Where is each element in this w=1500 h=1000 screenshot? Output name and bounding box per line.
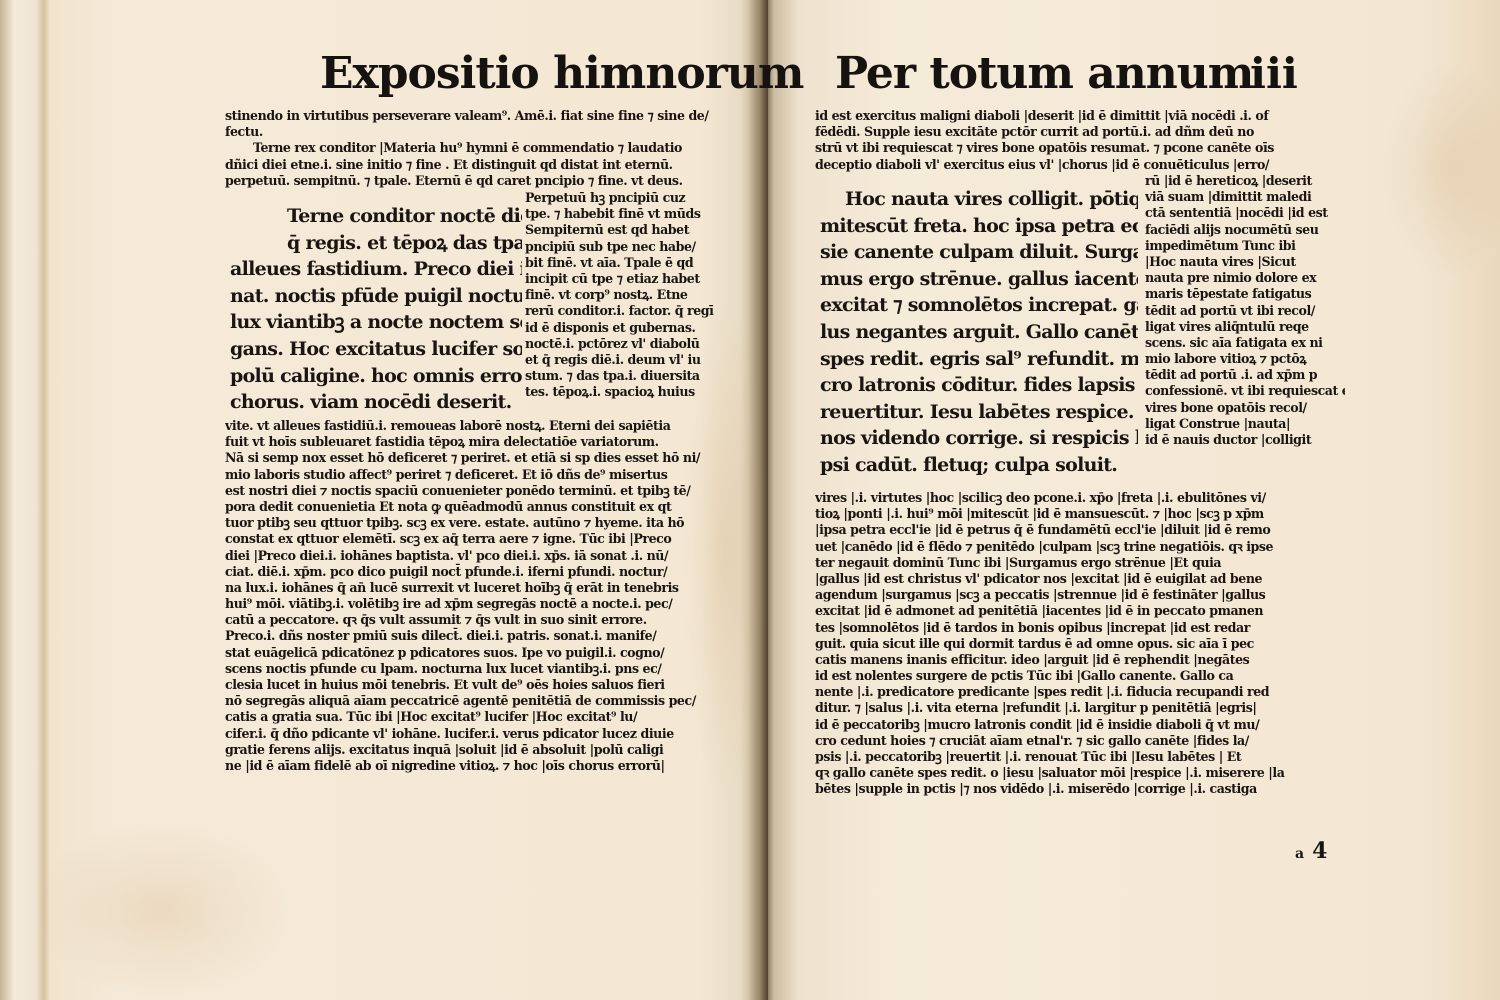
gloss-line: tēdit ad portū vt ibi recol/ [1145, 303, 1345, 319]
text-line: uet |canēdo |id ē flēdo ⁊ penitēdo |culp… [815, 539, 1345, 555]
text-line: |gallus |id est christus vl' pdicator no… [815, 571, 1345, 587]
bottom-commentary: vires |.i. virtutes |hoc |scilicꝫ deo pc… [815, 490, 1345, 798]
gloss-line: maris tēpestate fatigatus [1145, 286, 1345, 302]
hymn-line: Terne conditor noctē diēq; [230, 203, 522, 230]
text-line: ne |id ē aīam fidelē ab oī nigredine vit… [225, 758, 725, 774]
text-line: deceptio diaboli vl' exercitus eius vl' … [815, 157, 1345, 173]
text-line: hui⁹ mōi. viātibꝫ.i. volētibꝫ ire ad xp̄… [225, 596, 725, 612]
gloss-line: confessionē. vt ibi requiescat et [1145, 383, 1345, 399]
right-page: Per totum annum iii id est exercitus mal… [815, 0, 1345, 1000]
text-line: dñici diei etne.i. sine initio ⁊ fine . … [225, 157, 725, 173]
text-line: tuor ptibꝫ seu qttuor tpibꝫ. scꝫ ex vere… [225, 515, 725, 531]
text-line: fuit vt hoīs subleuaret fastidia tēpoꝝ m… [225, 434, 725, 450]
text-line: constat ex qttuor elemētī. scꝫ ex aq̄ te… [225, 531, 725, 547]
text-line: Preco.i. dñs noster pmiū suis dilect̄. d… [225, 628, 725, 644]
side-gloss: rū |id ē hereticoꝝ |deserit viā suam |di… [1145, 173, 1345, 448]
gloss-line: |Hoc nauta vires |Sicut [1145, 254, 1345, 270]
gloss-line: impedimētum Tunc ibi [1145, 238, 1345, 254]
gloss-line: finē. vt corp⁹ nostꝝ. Etne [525, 287, 725, 303]
gloss-line: tēdit ad portū .i. ad xp̄m p [1145, 367, 1345, 383]
hymn-line: mus ergo strēnue. gallus iacentes [820, 266, 1138, 293]
text-line: catū a peccatore. qꝛ q̄s vult assumit ⁊ … [225, 612, 725, 628]
text-line: Terne rex conditor |Materia hu⁹ hymni ē … [225, 140, 725, 156]
paper-stain [1380, 60, 1500, 280]
text-line: nō segregās aliquā aīam peccatricē agent… [225, 693, 725, 709]
hymn-line: alleues fastidium. Preco diei iā so [230, 256, 522, 283]
gloss-line: ligat vires aliq̄ntulū reqe [1145, 319, 1345, 335]
hymn-line: spes redit. egris sal⁹ refundit. mu/ [820, 346, 1138, 373]
text-line: clesia lucet in huius mōi tenebris. Et v… [225, 677, 725, 693]
text-line: cro cedunt hoies ⁊ cruciāt aīam etnal'r.… [815, 733, 1345, 749]
text-line: ditur. ⁊ |salus |.i. vita eterna |refund… [815, 700, 1345, 716]
hymn-line: sie canente culpam diluit. Surga [820, 239, 1138, 266]
text-line: nente |.i. predicatore predicante |spes … [815, 684, 1345, 700]
gloss-line: incipit cū tpe ⁊ etiaz habet [525, 271, 725, 287]
text-line: ter negauit dominū Tunc ibi |Surgamus er… [815, 555, 1345, 571]
gloss-line: nauta pre nimio dolore ex [1145, 270, 1345, 286]
gloss-line: id ē nauis ductor |colligit [1145, 432, 1345, 448]
hymn-line: q̄ regis. et tēpoꝝ das tpa. vt [230, 230, 522, 257]
text-line: fēdēdi. Supple iesu excitāte pctōr curri… [815, 124, 1345, 140]
text-line: id ē peccatoribꝫ |mucro latronis condit … [815, 717, 1345, 733]
bottom-commentary: vite. vt alleues fastidiū.i. remoueas la… [225, 418, 725, 774]
side-gloss: Perpetuū hꝫ pncipiū cuz tpe. ⁊ habebit f… [525, 190, 725, 400]
text-line: na lux.i. iohānes q̄ an̄ lucē surrexit v… [225, 580, 725, 596]
gloss-line: vires bone opatōis recol/ [1145, 400, 1345, 416]
gloss-line: stum. ⁊ das tpa.i. diuersita [525, 368, 725, 384]
text-line: strū vt ibi requiescat ⁊ vires bone opat… [815, 140, 1345, 156]
text-line: |ipsa petra eccl'ie |id ē petrus q̄ ē fu… [815, 522, 1345, 538]
hymn-line: nat. noctis pfūde puigil nocturna [230, 283, 522, 310]
text-line: vite. vt alleues fastidiū.i. remoueas la… [225, 418, 725, 434]
gloss-line: Sempiternū est qd habet [525, 222, 725, 238]
hymn-line: lux viantibꝫ a nocte noctem segre/ [230, 309, 522, 336]
gloss-line: mio labore vitioꝝ ⁊ pctōꝝ [1145, 351, 1345, 367]
text-line: fectu. [225, 124, 725, 140]
gloss-line: bit finē. vt aīa. Tpale ē qd [525, 255, 725, 271]
folio-number: iii [1250, 44, 1298, 104]
hymn-line: Hoc nauta vires colligit. pōtiq; [820, 186, 1138, 213]
text-line: perpetuū. sempitnū. ⁊ tpale. Eternū ē qd… [225, 173, 725, 189]
hymn-line: chorus. viam nocēdi deserit. [230, 389, 522, 416]
running-head: Expositio himnorum [320, 44, 803, 104]
text-line: stat euāgelicā pdicatōnez p pdicatores s… [225, 645, 725, 661]
gloss-line: noctē.i. pctōrez vl' diabolū [525, 336, 725, 352]
text-line: scens noctis pfunde cu lpam. nocturna lu… [225, 661, 725, 677]
hymn-line: psi cadūt. fletuq; culpa soluit. [820, 452, 1138, 479]
signature-number: 4 [1312, 838, 1327, 864]
text-line: pora dedit conuenietia Et nota ꝙ quēadmo… [225, 499, 725, 515]
gloss-line: scens. sic aīa fatigata ex ni [1145, 335, 1345, 351]
running-head: Per totum annum [835, 44, 1253, 104]
text-line: stinendo in virtutibus perseverare valea… [225, 108, 725, 124]
gloss-line: ligat Construe |nauta| [1145, 416, 1345, 432]
hymn-text: Hoc nauta vires colligit. pōtiq; mitescū… [820, 186, 1138, 479]
text-line: tioꝝ |ponti |.i. hui⁹ mōi |mitescūt |id … [815, 506, 1345, 522]
text-line: tes |somnolētos |id ē tardos in bonis op… [815, 620, 1345, 636]
gloss-line: et q̄ regis diē.i. deum vl' iu [525, 352, 725, 368]
gloss-line: faciēdi alijs nocumētū seu [1145, 222, 1345, 238]
gloss-line: rerū conditor.i. factor. q̄ regī [525, 303, 725, 319]
top-commentary: id est exercitus maligni diaboli |deseri… [815, 108, 1345, 173]
hymn-line: reuertitur. Iesu labētes respice. et [820, 399, 1138, 426]
text-line: qꝛ gallo canēte spes redit. o |iesu |sal… [815, 765, 1345, 781]
signature-letter: a [1295, 846, 1304, 862]
gloss-line: tpe. ⁊ habebit finē vt mūds [525, 206, 725, 222]
binding-fold [0, 0, 50, 1000]
text-line: excitat |id ē admonet ad penitētiā |iace… [815, 603, 1345, 619]
text-line: vires |.i. virtutes |hoc |scilicꝫ deo pc… [815, 490, 1345, 506]
top-commentary: stinendo in virtutibus perseverare valea… [225, 108, 725, 189]
text-line: gratie ferens alijs. excitatus inquā |so… [225, 742, 725, 758]
text-line: ciat. diē.i. xp̄m. pco dico puigil noct̄… [225, 564, 725, 580]
text-line: agendum |surgamus |scꝫ a peccatis |stren… [815, 587, 1345, 603]
gloss-line: tes. tēpoꝝ.i. spacioꝝ huius [525, 384, 725, 400]
hymn-line: nos videndo corrige. si respicis la [820, 425, 1138, 452]
hymn-line: cro latronis cōditur. fides lapsis [820, 372, 1138, 399]
text-line: guit. quia sicut ille qui dormit tardus … [815, 636, 1345, 652]
text-line: catis manens inanis efficitur. ideo |arg… [815, 652, 1345, 668]
text-line: diei |Preco diei.i. iohānes baptista. vl… [225, 548, 725, 564]
text-line: bētes |supple in pctis |⁊ nos vidēdo |.i… [815, 781, 1345, 797]
text-line: id est nolentes surgere de pctis Tūc ibi… [815, 668, 1345, 684]
text-line: psis |.i. peccatoribꝫ |reuertit |.i. ren… [815, 749, 1345, 765]
text-line: Nā si semp nox esset hō deficeret ⁊ peri… [225, 450, 725, 466]
gloss-line: ctā sententiā |nocēdi |id est [1145, 205, 1345, 221]
gloss-line: pncipiū sub tpe nec habe/ [525, 239, 725, 255]
hymn-line: lus negantes arguit. Gallo canēte [820, 319, 1138, 346]
gloss-line: viā suam |dimittit maledi [1145, 189, 1345, 205]
text-line: cifer.i. q̄ dño pdicante vl' iohāne. luc… [225, 726, 725, 742]
text-line: est nostri diei ⁊ noctis spaciū conuenie… [225, 483, 725, 499]
gloss-line: rū |id ē hereticoꝝ |deserit [1145, 173, 1345, 189]
hymn-line: excitat ⁊ somnolētos increpat. gal [820, 292, 1138, 319]
signature-mark: a4 [1295, 838, 1327, 864]
gloss-line: id ē disponis et gubernas. [525, 320, 725, 336]
gloss-line: Perpetuū hꝫ pncipiū cuz [525, 190, 725, 206]
hymn-text: Terne conditor noctē diēq; q̄ regis. et … [230, 203, 522, 416]
text-line: id est exercitus maligni diaboli |deseri… [815, 108, 1345, 124]
text-line: catis a gratia sua. Tūc ibi |Hoc excitat… [225, 709, 725, 725]
left-page: Expositio himnorum stinendo in virtutibu… [225, 0, 725, 1000]
text-line: mio laboris studio affect⁹ periret ⁊ def… [225, 467, 725, 483]
hymn-line: mitescūt freta. hoc ipsa petra eccle/ [820, 213, 1138, 240]
hymn-line: polū caligine. hoc omnis errorum [230, 363, 522, 390]
hymn-line: gans. Hoc excitatus lucifer soluit [230, 336, 522, 363]
